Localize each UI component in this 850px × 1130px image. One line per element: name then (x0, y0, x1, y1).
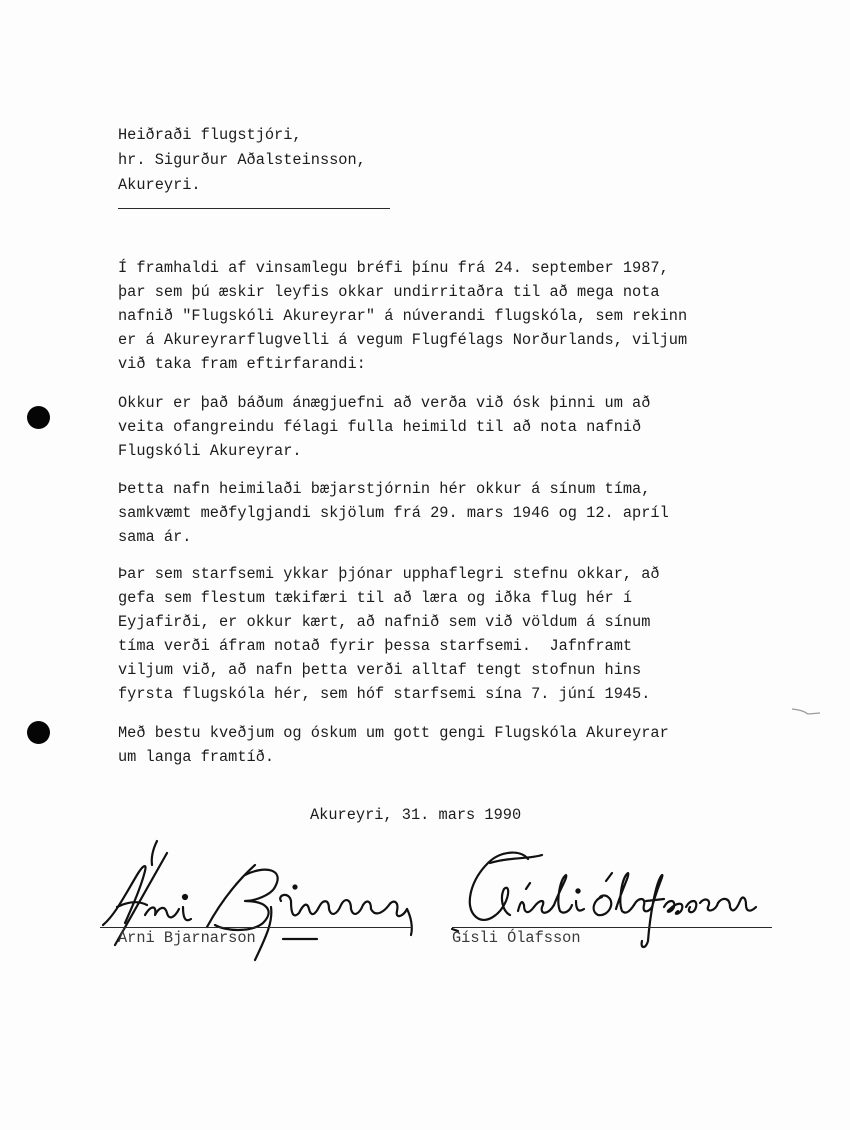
body-line: viljum við, að nafn þetta verði alltaf t… (118, 658, 641, 682)
signatory-name: Árni Bjarnarson (118, 929, 256, 947)
body-line: samkvæmt meðfylgjandi skjölum frá 29. ma… (118, 501, 669, 525)
body-line: sama ár. (118, 525, 191, 549)
body-line: við taka fram eftirfarandi: (118, 352, 366, 376)
body-line: Eyjafirði, er okkur kært, að nafnið sem … (118, 610, 650, 634)
recipient-city: Akureyri. (118, 173, 201, 197)
body-line: tíma verði áfram notað fyrir þessa starf… (118, 634, 632, 658)
body-line: Í framhaldi af vinsamlegu bréfi þínu frá… (118, 256, 669, 280)
signature-line (452, 927, 772, 928)
signature-line (100, 927, 412, 928)
body-line: Þetta nafn heimilaði bæjarstjórnin hér o… (118, 477, 650, 501)
letter-page: Heiðraði flugstjóri, hr. Sigurður Aðalst… (0, 0, 850, 1130)
body-line: er á Akureyrarflugvelli á vegum Flugféla… (118, 328, 687, 352)
salutation-line: Heiðraði flugstjóri, (118, 123, 302, 147)
body-line: veita ofangreindu félagi fulla heimild t… (118, 415, 641, 439)
place-and-date: Akureyri, 31. mars 1990 (310, 806, 521, 824)
body-line: Okkur er það báðum ánægjuefni að verða v… (118, 391, 650, 415)
body-line: fyrsta flugskóla hér, sem hóf starfsemi … (118, 682, 650, 706)
body-line: um langa framtíð. (118, 745, 274, 769)
signatory-name: Gísli Ólafsson (452, 929, 581, 947)
body-line: gefa sem flestum tækifæri til að læra og… (118, 586, 632, 610)
punch-hole (27, 721, 50, 744)
body-line: nafnið "Flugskóli Akureyrar" á núverandi… (118, 304, 687, 328)
address-divider (118, 208, 390, 209)
body-line: Með bestu kveðjum og óskum um gott gengi… (118, 721, 669, 745)
punch-hole (27, 406, 50, 429)
body-line: Flugskóli Akureyrar. (118, 439, 302, 463)
recipient-name: hr. Sigurður Aðalsteinsson, (118, 148, 366, 172)
stray-pen-mark-icon (790, 705, 830, 721)
body-line: Þar sem starfsemi ykkar þjónar upphafleg… (118, 562, 660, 586)
body-line: þar sem þú æskir leyfis okkar undirritað… (118, 280, 660, 304)
handwritten-signature-icon (450, 845, 770, 965)
